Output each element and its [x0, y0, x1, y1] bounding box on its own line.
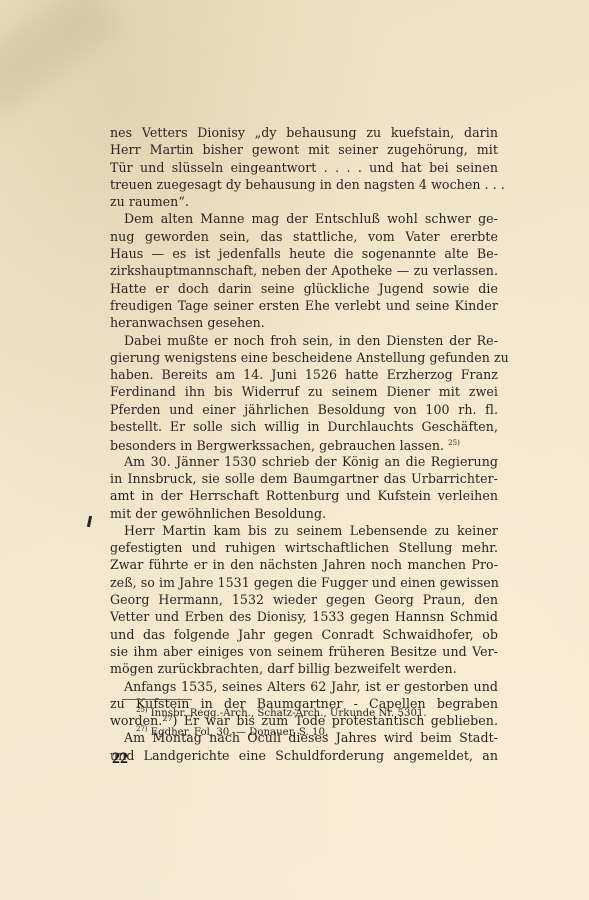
text-line: mit der gewöhnlichen Besoldung. [110, 505, 498, 522]
text-line: Dem alten Manne mag der Entschluß wohl s… [110, 210, 498, 227]
footnote-rule [122, 699, 192, 700]
footnote-27: 27)Egdher, Fol. 30. — Donauer, S. 10. [136, 722, 476, 741]
footnote-text: Egdher, Fol. 30. — Donauer, S. 10. [151, 727, 329, 738]
text-line: Pferden und einer jährlichen Besoldung v… [110, 401, 498, 418]
text-line: zeß, so im Jahre 1531 gegen die Fugger u… [110, 574, 498, 591]
text-line: Anfangs 1535, seines Alters 62 Jahr, ist… [110, 678, 498, 695]
text-line: nes Vetters Dionisy „dy behausung zu kue… [110, 124, 498, 141]
text-line: heranwachsen gesehen. [110, 314, 498, 331]
text-line: mögen zurückbrachten, darf billig bezwei… [110, 660, 498, 677]
text-line: Zwar führte er in den nächsten Jahren no… [110, 556, 498, 573]
text-line: Haus — es ist jedenfalls heute die sogen… [110, 245, 498, 262]
text-line: in Innsbruck, sie solle dem Baumgartner … [110, 470, 498, 487]
text-line: gierung wenigstens eine bescheidene Anst… [110, 349, 498, 366]
text-line: haben. Bereits am 14. Juni 1526 hatte Er… [110, 366, 498, 383]
text-line: Herr Martin kam bis zu seinem Lebensende… [110, 522, 498, 539]
text-line: Dabei mußte er noch froh sein, in den Di… [110, 332, 498, 349]
text-line: bestellt. Er solle sich willig in Durchl… [110, 418, 498, 435]
text-line: amt in der Herrschaft Rottenburg und Kuf… [110, 487, 498, 504]
text-line: Georg Hermann, 1532 wieder gegen Georg P… [110, 591, 498, 608]
footnote-mark: 27) [136, 725, 148, 733]
text-line: und Landgerichte eine Schuldforderung an… [110, 747, 498, 764]
text-line: Herr Martin bisher gewont mit seiner zug… [110, 141, 498, 158]
body-text: nes Vetters Dionisy „dy behausung zu kue… [110, 124, 498, 764]
text-line: Am 30. Jänner 1530 schrieb der König an … [110, 453, 498, 470]
text-line: zirkshauptmannschaft, neben der Apotheke… [110, 262, 498, 279]
text-line: Vetter und Erben des Dionisy, 1533 gegen… [110, 608, 498, 625]
text-line: treuen zuegesagt dy behausung in den nag… [110, 176, 498, 193]
text-line: Ferdinand ihn bis Widerruf zu seinem Die… [110, 383, 498, 400]
footnote-reference: 25) [448, 439, 460, 447]
text-line: Hatte er doch darin seine glückliche Jug… [110, 280, 498, 297]
footnotes: 25)Innsbr. Regg.-Arch., Schatz-Arch., Ur… [136, 703, 476, 740]
text-line: und das folgende Jahr gegen Conradt Schw… [110, 626, 498, 643]
text-line: Tür und slüsseln eingeantwort . . . . un… [110, 159, 498, 176]
text-line: gefestigten und ruhigen wirtschaftlichen… [110, 539, 498, 556]
text-line: freudigen Tage seiner ersten Ehe verlebt… [110, 297, 498, 314]
page-number: 22 [112, 750, 128, 768]
footnote-text: Innsbr. Regg.-Arch., Schatz-Arch., Urkun… [151, 708, 427, 719]
text-line: nug geworden sein, das stattliche, vom V… [110, 228, 498, 245]
text-line: zu raumen“. [110, 193, 498, 210]
text-line: sie ihm aber einiges von seinem früheren… [110, 643, 498, 660]
footnote-25: 25)Innsbr. Regg.-Arch., Schatz-Arch., Ur… [136, 703, 476, 722]
text-line: besonders in Bergwerkssachen, gebrauchen… [110, 435, 498, 452]
footnote-mark: 25) [136, 706, 148, 714]
